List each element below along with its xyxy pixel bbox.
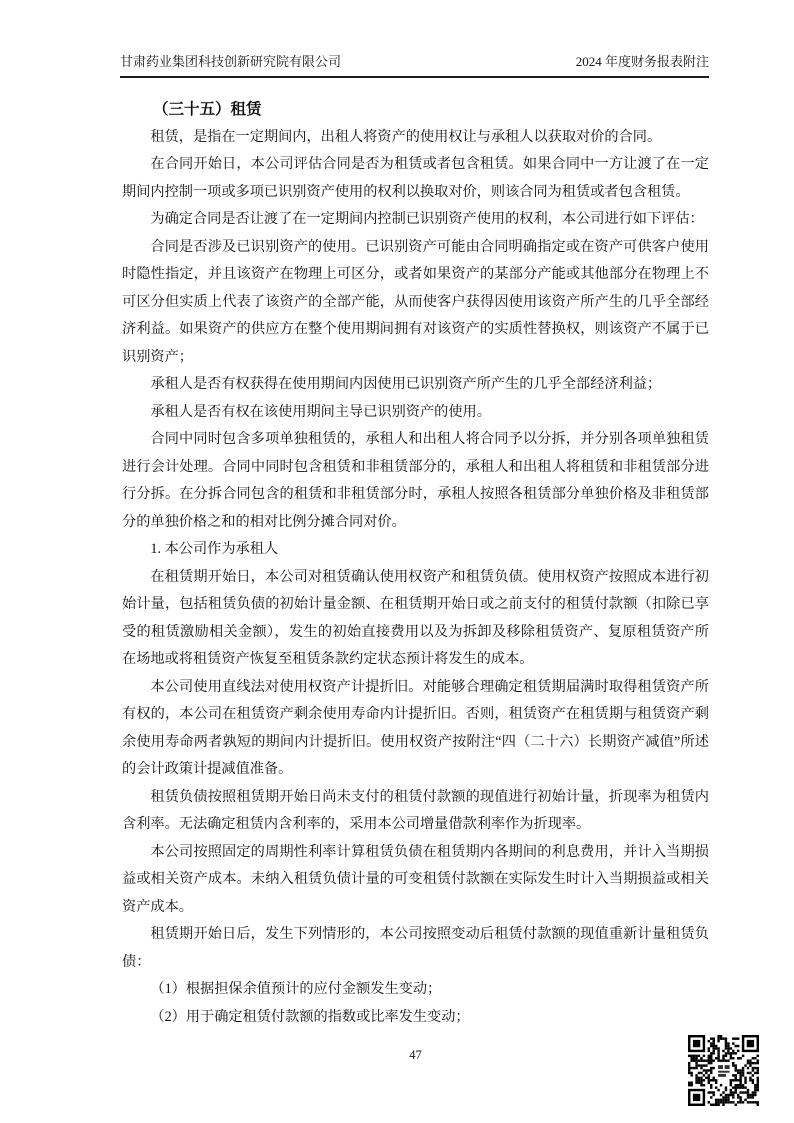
body-paragraph: 本公司按照固定的周期性利率计算租赁负债在租赁期内各期间的利息费用，并计入当期损益… <box>122 839 709 922</box>
document-page: 甘肃药业集团科技创新研究院有限公司 2024 年度财务报表附注 （三十五）租赁 … <box>0 0 794 1123</box>
body-paragraph: 承租人是否有权获得在使用期间内因使用已识别资产所产生的几乎全部经济利益； <box>122 371 709 399</box>
body-paragraph: 在租赁期开始日，本公司对租赁确认使用权资产和租赁负债。使用权资产按照成本进行初始… <box>122 564 709 674</box>
body-paragraph: 合同中同时包含多项单独租赁的，承租人和出租人将合同予以分拆，并分别各项单独租赁进… <box>122 426 709 536</box>
header-company-name: 甘肃药业集团科技创新研究院有限公司 <box>120 53 341 70</box>
page-header: 甘肃药业集团科技创新研究院有限公司 2024 年度财务报表附注 <box>120 53 709 78</box>
body-paragraph: 承租人是否有权在该使用期间主导已识别资产的使用。 <box>122 399 709 427</box>
list-item-2: （2）用于确定租赁付款额的指数或比率发生变动； <box>122 1004 709 1032</box>
body-paragraph: 在合同开始日，本公司评估合同是否为租赁或者包含租赁。如果合同中一方让渡了在一定期… <box>122 151 709 206</box>
body-paragraph: 租赁负债按照租赁期开始日尚未支付的租赁付款额的现值进行初始计量，折现率为租赁内含… <box>122 784 709 839</box>
body-paragraph: 本公司使用直线法对使用权资产计提折旧。对能够合理确定租赁期届满时取得租赁资产所有… <box>122 674 709 784</box>
body-paragraph: 租赁，是指在一定期间内，出租人将资产的使用权让与承租人以获取对价的合同。 <box>122 124 709 152</box>
list-item-1: （1）根据担保余值预计的应付金额发生变动； <box>122 976 709 1004</box>
section-heading: （三十五）租赁 <box>122 96 709 124</box>
body-paragraph: 合同是否涉及已识别资产的使用。已识别资产可能由合同明确指定或在资产可供客户使用时… <box>122 234 709 372</box>
body-paragraph: 租赁期开始日后，发生下列情形的，本公司按照变动后租赁付款额的现值重新计量租赁负债… <box>122 921 709 976</box>
qr-code-icon <box>688 1035 759 1106</box>
body-paragraph: 为确定合同是否让渡了在一定期间内控制已识别资产使用的权利，本公司进行如下评估： <box>122 206 709 234</box>
header-report-title: 2024 年度财务报表附注 <box>576 53 709 70</box>
page-number: 47 <box>122 1048 709 1063</box>
document-body: （三十五）租赁 租赁，是指在一定期间内，出租人将资产的使用权让与承租人以获取对价… <box>122 96 709 1031</box>
subsection-heading-lessee: 1. 本公司作为承租人 <box>122 536 709 564</box>
